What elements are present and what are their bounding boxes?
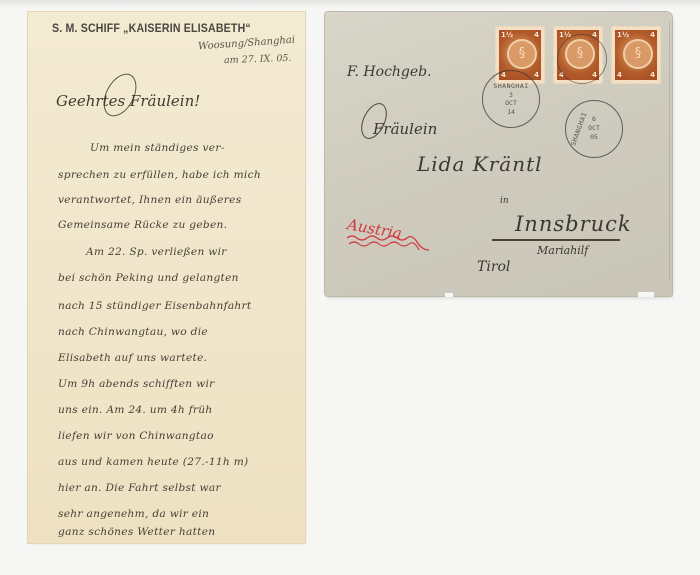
dragon-stamp: 1½ 4 § 4 4 (611, 26, 661, 84)
red-wavy-underline-icon (345, 234, 435, 264)
letter-line: Am 22. Sp. verließen wir (86, 246, 227, 258)
letter-salutation: Geehrtes Fräulein! (56, 92, 200, 110)
letter-line: Um 9h abends schifften wir (58, 378, 215, 390)
ship-letterhead: S. M. SCHIFF „KAISERIN ELISABETH“ (52, 23, 251, 35)
letter-line: nach 15 stündiger Eisenbahnfahrt (58, 300, 251, 312)
letter-place: Woosung/Shanghai (198, 35, 296, 53)
letter-line: Gemeinsame Rücke zu geben. (58, 219, 227, 231)
postmark-year: 14 (483, 108, 539, 116)
letter-line: uns ein. Am 24. um 4h früh (58, 404, 213, 416)
scanner-edge-shadow (0, 0, 700, 8)
stamp-medallion: § (507, 39, 537, 69)
stamp-medallion: § (623, 39, 653, 69)
stamp-value: 4 (534, 31, 539, 39)
stamp-value: 4 (534, 71, 539, 79)
postmark-year: 05 (566, 133, 622, 141)
postmark-day: 3 (483, 91, 539, 99)
stamp-value: 4 (650, 31, 655, 39)
recipient-district: Mariahilf (537, 244, 588, 257)
recipient-region: Tirol (477, 259, 510, 275)
stamp-value: 4 (617, 71, 622, 79)
letter-line: nach Chinwangtau, wo die (58, 326, 208, 338)
recipient-name: Lida Kräntl (417, 152, 543, 176)
envelope-fold-edge (669, 22, 670, 282)
postmark-city: SHANGHAI (483, 82, 539, 90)
postmark-shanghai-1: SHANGHAI 3 OCT 14 (482, 70, 540, 128)
handwritten-letter: S. M. SCHIFF „KAISERIN ELISABETH“ Woosun… (28, 12, 305, 543)
letter-line: verantwortet, Ihnen ein äußeres (58, 194, 241, 206)
postmark-shanghai-2: SHANGHAI 6 OCT 05 (565, 100, 623, 158)
envelope-sender-note: F. Hochgeb. (347, 64, 432, 80)
letter-line: Um mein ständiges ver- (90, 142, 225, 154)
postmark-day: 6 (566, 115, 622, 123)
recipient-title: Fräulein (373, 120, 437, 138)
letter-line: sprechen zu erfüllen, habe ich mich (58, 169, 261, 181)
letter-line: ganz schönes Wetter hatten (58, 526, 215, 538)
postmark-month: OCT (483, 99, 539, 107)
letter-date: am 27. IX. 05. (224, 53, 292, 66)
dragon-icon: § (625, 46, 651, 61)
recipient-city: Innsbruck (515, 212, 632, 236)
city-underline (492, 239, 620, 241)
stamp-value: 4 (650, 71, 655, 79)
envelope-tear (445, 293, 453, 297)
stamp-cancellation-ring (557, 34, 607, 84)
address-preposition: in (500, 196, 509, 206)
letter-line: Elisabeth auf uns wartete. (58, 352, 207, 364)
letter-line: bei schön Peking und gelangten (58, 272, 239, 284)
letter-line: hier an. Die Fahrt selbst war (58, 482, 221, 494)
letter-line: aus und kamen heute (27.-11h m) (58, 456, 249, 468)
envelope-tear (638, 292, 654, 297)
stamp-value: 1½ (617, 31, 629, 39)
postal-envelope: 1½ 4 § 4 4 1½ 4 § 4 4 1½ 4 § 4 4 SHANGHA… (325, 12, 672, 296)
stamp-value: 1½ (501, 31, 513, 39)
dragon-icon: § (509, 46, 535, 61)
letter-line: sehr angenehm, da wir ein (58, 508, 209, 520)
letter-line: liefen wir von Chinwangtao (58, 430, 214, 442)
postmark-month: OCT (566, 124, 622, 132)
